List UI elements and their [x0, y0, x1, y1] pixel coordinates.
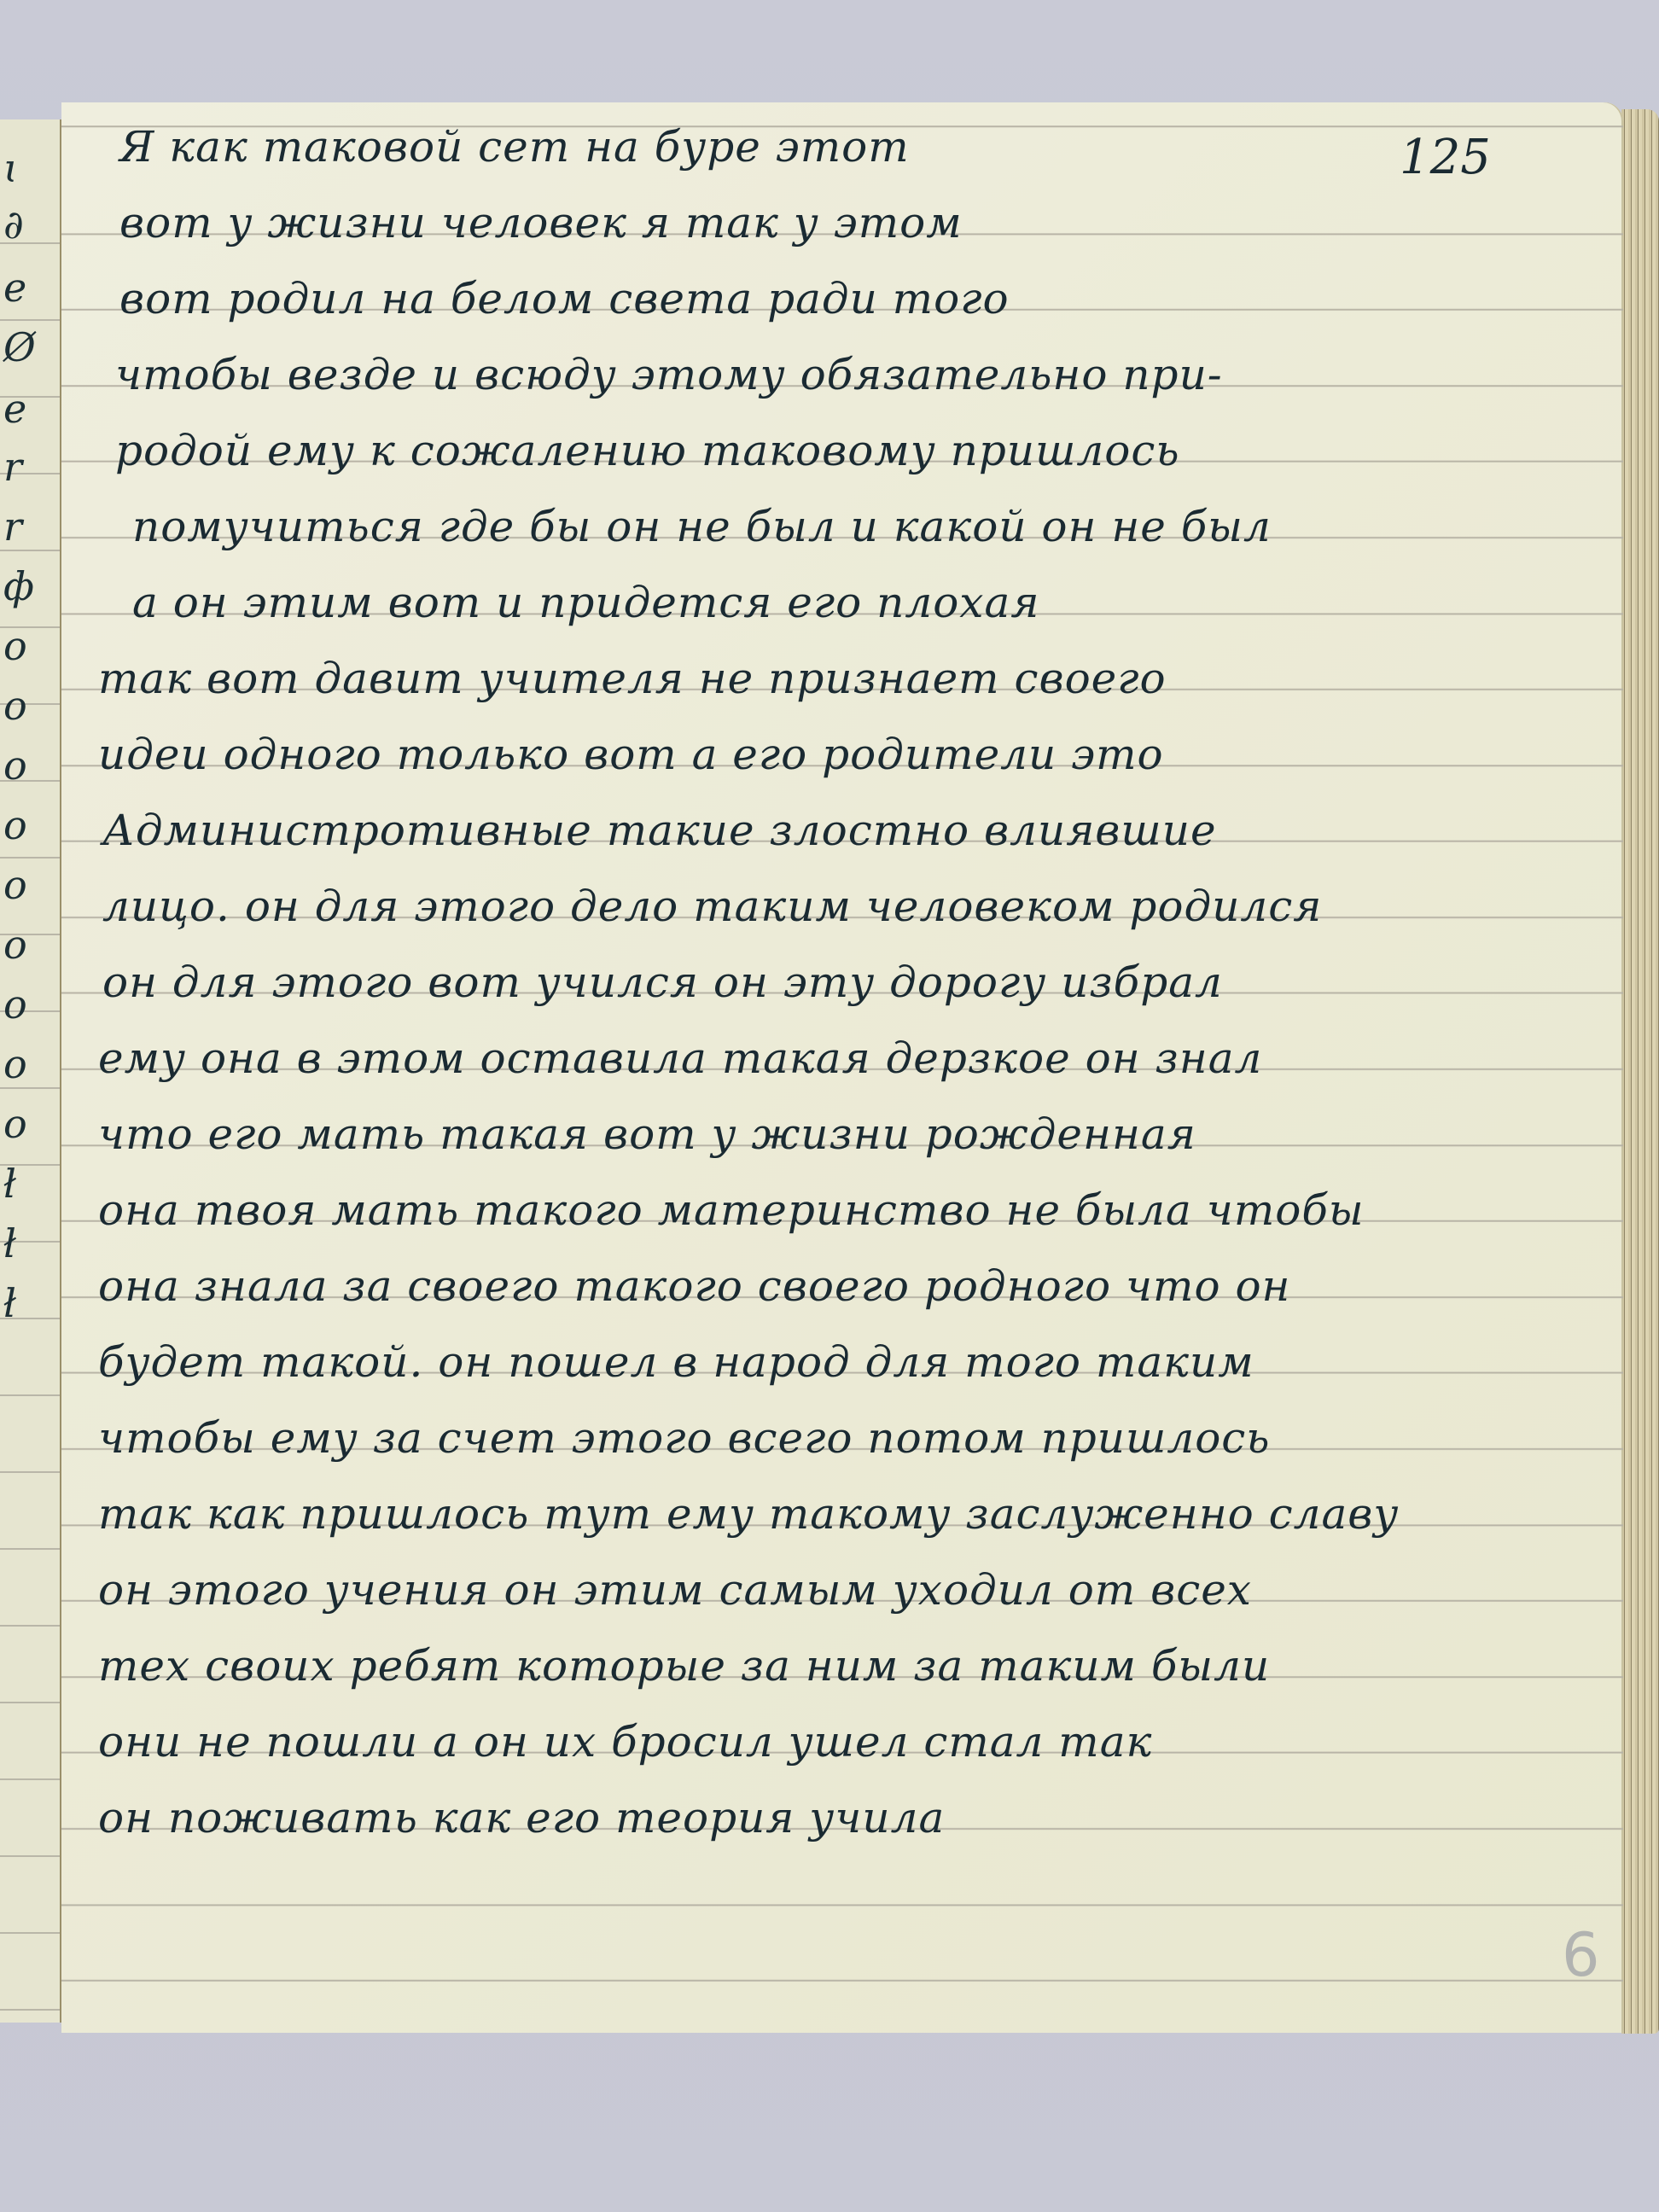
- margin-glyph: ɩ: [3, 145, 19, 191]
- margin-glyph: ł: [3, 1220, 16, 1266]
- text-line: они не пошли а он их бросил ушел стал та…: [51, 1704, 1553, 1780]
- text-line: будет такой. он пошел в народ для того т…: [51, 1324, 1553, 1400]
- text-line: он для этого вот учился он эту дорогу из…: [51, 945, 1553, 1021]
- text-line: а он этим вот и придется его плохая: [51, 565, 1553, 641]
- margin-glyph: r: [3, 444, 22, 490]
- handwritten-text: Я как таковой сет на буре этот вот у жиз…: [51, 109, 1553, 1856]
- pencil-mark: 6: [1562, 1920, 1600, 1990]
- text-line: так как пришлось тут ему такому заслужен…: [51, 1476, 1553, 1552]
- text-line: чтобы везде и всюду этому обязательно пр…: [51, 337, 1553, 413]
- margin-glyph: o: [3, 1041, 27, 1087]
- text-line: так вот давит учителя не признает своего: [51, 641, 1553, 717]
- text-line: лицо. он для этого дело таким человеком …: [51, 869, 1553, 945]
- margin-glyph: o: [3, 922, 27, 968]
- text-line: чтобы ему за счет этого всего потом приш…: [51, 1400, 1553, 1476]
- margin-glyph: e: [3, 386, 26, 432]
- text-line: она знала за своего такого своего родног…: [51, 1249, 1553, 1324]
- text-line: Администротивные такие злостно влиявшие: [51, 793, 1553, 869]
- margin-glyph: r: [3, 504, 22, 550]
- margin-glyph: ∂: [3, 201, 24, 247]
- margin-glyph: o: [3, 623, 27, 669]
- text-line: вот родил на белом света ради того: [51, 261, 1553, 337]
- margin-glyph: o: [3, 862, 27, 908]
- text-line: она твоя мать такого материнство не была…: [51, 1173, 1553, 1249]
- margin-glyph: e: [3, 265, 26, 311]
- text-line: он этого учения он этим самым уходил от …: [51, 1552, 1553, 1628]
- text-line: помучиться где бы он не был и какой он н…: [51, 489, 1553, 565]
- text-line: Я как таковой сет на буре этот: [51, 109, 1553, 185]
- margin-glyph: o: [3, 802, 27, 848]
- margin-glyph: o: [3, 683, 27, 729]
- text-line: он поживать как его теория учила: [51, 1780, 1553, 1856]
- margin-glyph: o: [3, 1101, 27, 1147]
- page-stack-edge: [1621, 109, 1659, 2034]
- margin-glyph: ł: [3, 1280, 16, 1326]
- text-line: родой ему к сожалению таковому пришлось: [51, 413, 1553, 489]
- margin-glyph: ф: [3, 563, 34, 609]
- margin-glyph: o: [3, 742, 27, 789]
- margin-glyph: o: [3, 981, 27, 1027]
- text-line: тех своих ребят которые за ним за таким …: [51, 1628, 1553, 1704]
- text-line: ему она в этом оставила такая дерзкое он…: [51, 1021, 1553, 1097]
- text-line: вот у жизни человек я так у этом: [51, 185, 1553, 261]
- text-line: идеи одного только вот а его родители эт…: [51, 717, 1553, 793]
- text-line: что его мать такая вот у жизни рожденная: [51, 1097, 1553, 1173]
- margin-glyph: Ø: [3, 324, 36, 370]
- margin-glyph: ł: [3, 1161, 16, 1207]
